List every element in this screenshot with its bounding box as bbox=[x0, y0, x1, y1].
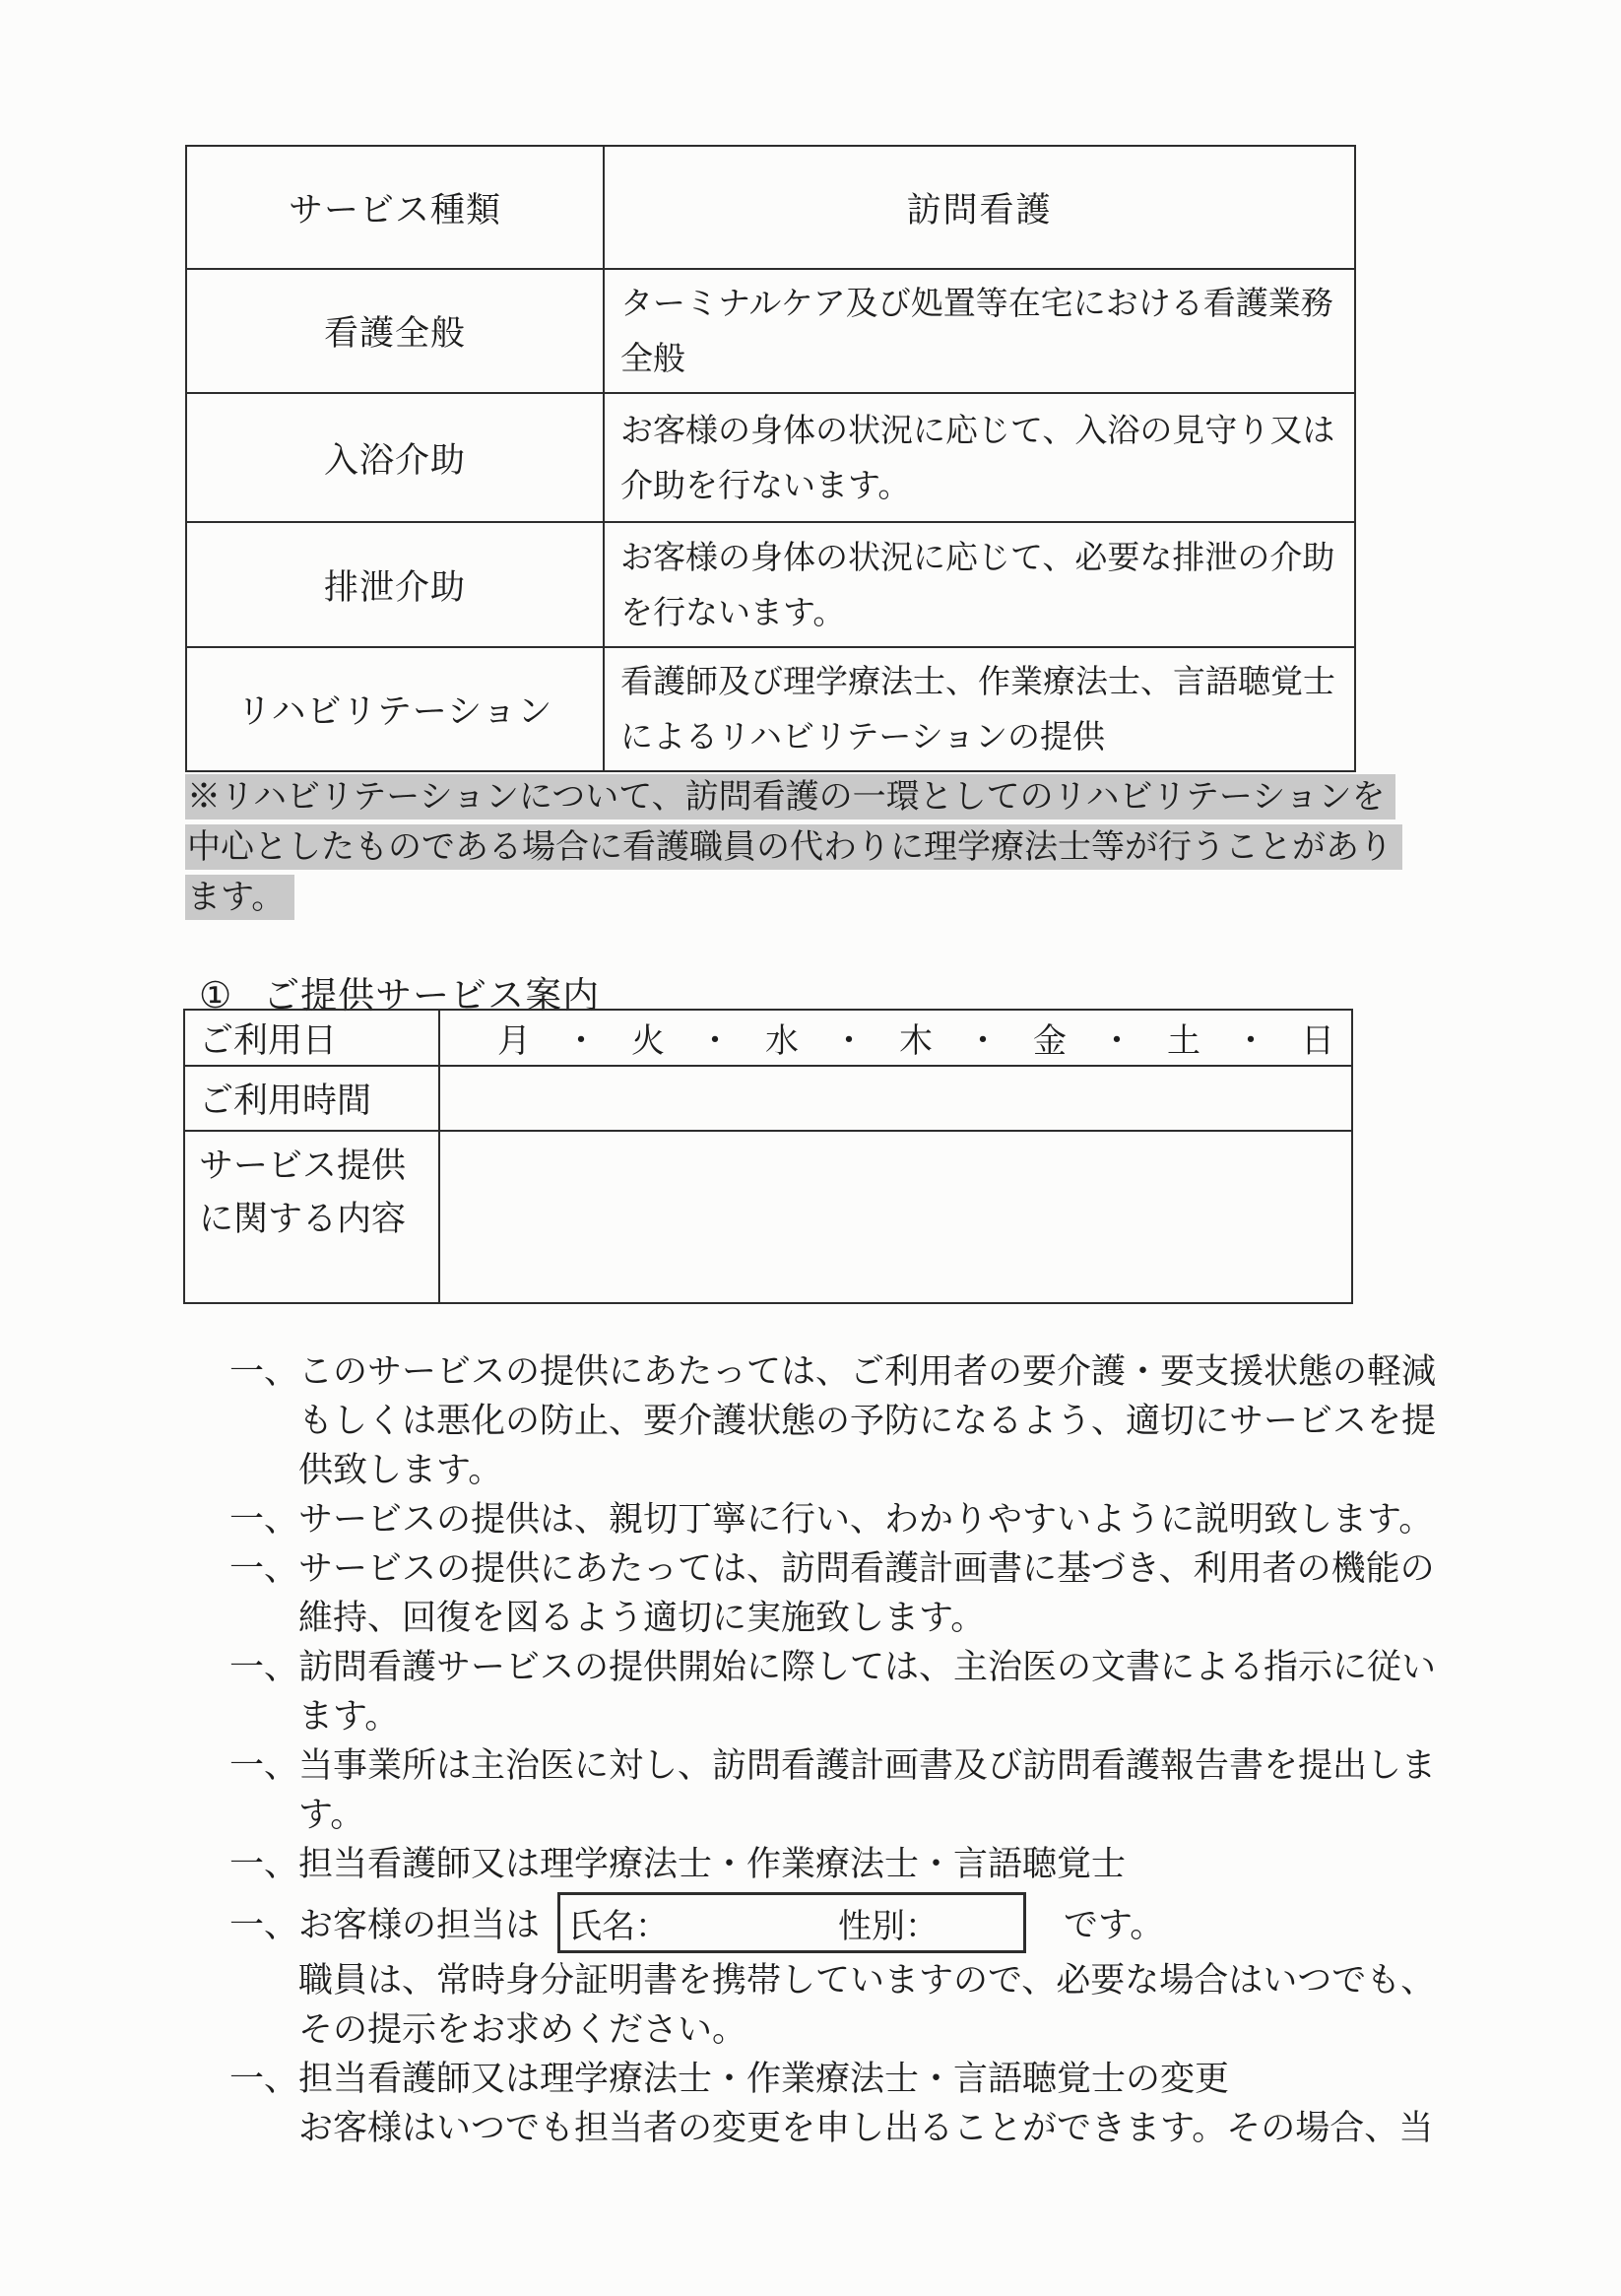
terms-line: 一、サービスの提供にあたっては、訪問看護計画書に基づき、利用者の機能の bbox=[229, 1544, 1436, 1594]
service-row-bathing: 入浴介助 お客様の身体の状況に応じて、入浴の見守り又は 介助を行ないます。 bbox=[186, 393, 1355, 522]
rehab-note-line: 中心としたものである場合に看護職員の代わりに理学療法士等が行うことがあり bbox=[185, 824, 1402, 870]
service-desc-cell: 看護師及び理学療法士、作業療法士、言語聴覚士 によるリハビリテーションの提供 bbox=[604, 647, 1355, 771]
sex-label: 性別： bbox=[838, 1899, 939, 1947]
service-content-label-line: サービス提供 bbox=[199, 1140, 437, 1193]
service-type-table: サービス種類 訪問看護 看護全般 ターミナルケア及び処置等在宅における看護業務 … bbox=[185, 145, 1356, 772]
service-desc-cell: お客様の身体の状況に応じて、入浴の見守り又は 介助を行ないます。 bbox=[604, 393, 1355, 522]
service-content-label-line: に関する内容 bbox=[199, 1193, 437, 1246]
service-desc-line: 全般 bbox=[620, 331, 1348, 386]
staff-line-prefix: 一、お客様の担当は bbox=[229, 1898, 540, 1947]
terms-line: 一、担当看護師又は理学療法士・作業療法士・言語聴覚士 bbox=[229, 1840, 1436, 1889]
staff-line-suffix: です。 bbox=[1064, 1898, 1164, 1947]
terms-list: 一、このサービスの提供にあたっては、ご利用者の要介護・要支援状態の軽減 もしくは… bbox=[229, 1347, 1436, 2153]
name-sex-box: 氏名： 性別： bbox=[557, 1892, 1026, 1953]
usage-day-row: ご利用日 月 ・ 火 ・ 水 ・ 木 ・ 金 ・ 土 ・ 日 bbox=[184, 1010, 1352, 1066]
rehab-note-line: ※リハビリテーションについて、訪問看護の一環としてのリハビリテーションを bbox=[185, 774, 1402, 820]
service-row-toileting: 排泄介助 お客様の身体の状況に応じて、必要な排泄の介助 を行ないます。 bbox=[186, 522, 1355, 647]
service-row-nursing: 看護全般 ターミナルケア及び処置等在宅における看護業務 全般 bbox=[186, 269, 1355, 393]
service-desc-line: によるリハビリテーションの提供 bbox=[620, 709, 1348, 764]
service-desc-line: お客様の身体の状況に応じて、入浴の見守り又は bbox=[620, 403, 1348, 458]
terms-line: ます。 bbox=[229, 1692, 1436, 1741]
usage-time-value bbox=[439, 1066, 1352, 1131]
terms-line: もしくは悪化の防止、要介護状態の予防になるよう、適切にサービスを提 bbox=[229, 1397, 1436, 1446]
terms-line: す。 bbox=[229, 1791, 1436, 1840]
terms-line: 一、このサービスの提供にあたっては、ご利用者の要介護・要支援状態の軽減 bbox=[229, 1347, 1436, 1397]
usage-day-label: ご利用日 bbox=[184, 1010, 439, 1066]
service-guide-table: ご利用日 月 ・ 火 ・ 水 ・ 木 ・ 金 ・ 土 ・ 日 ご利用時間 サービ… bbox=[183, 1009, 1353, 1304]
terms-line: 職員は、常時身分証明書を携帯していますので、必要な場合はいつでも、 bbox=[229, 1956, 1436, 2005]
usage-time-row: ご利用時間 bbox=[184, 1066, 1352, 1131]
terms-line: 一、訪問看護サービスの提供開始に際しては、主治医の文書による指示に従い bbox=[229, 1643, 1436, 1692]
service-desc-cell: お客様の身体の状況に応じて、必要な排泄の介助 を行ないます。 bbox=[604, 522, 1355, 647]
terms-line: その提示をお求めください。 bbox=[229, 2005, 1436, 2055]
service-content-value bbox=[439, 1131, 1352, 1303]
usage-day-value: 月 ・ 火 ・ 水 ・ 木 ・ 金 ・ 土 ・ 日 bbox=[439, 1010, 1352, 1066]
usage-time-label: ご利用時間 bbox=[184, 1066, 439, 1131]
service-desc-line: を行ないます。 bbox=[620, 585, 1348, 640]
service-type-cell: リハビリテーション bbox=[186, 647, 604, 771]
service-content-label: サービス提供 に関する内容 bbox=[184, 1131, 439, 1303]
service-type-header-cell: サービス種類 bbox=[186, 146, 604, 269]
service-row-rehabilitation: リハビリテーション 看護師及び理学療法士、作業療法士、言語聴覚士 によるリハビリ… bbox=[186, 647, 1355, 771]
service-desc-line: 介助を行ないます。 bbox=[620, 458, 1348, 513]
service-type-cell: 入浴介助 bbox=[186, 393, 604, 522]
terms-line: 一、担当看護師又は理学療法士・作業療法士・言語聴覚士の変更 bbox=[229, 2055, 1436, 2104]
service-content-row: サービス提供 に関する内容 bbox=[184, 1131, 1352, 1303]
terms-line: 維持、回復を図るよう適切に実施致します。 bbox=[229, 1594, 1436, 1643]
rehab-note-line: ます。 bbox=[185, 875, 1402, 920]
service-type-cell: 排泄介助 bbox=[186, 522, 604, 647]
terms-line: 供致します。 bbox=[229, 1446, 1436, 1495]
staff-assignment-line: 一、お客様の担当は 氏名： 性別： です。 bbox=[229, 1889, 1436, 1956]
terms-line: 一、当事業所は主治医に対し、訪問看護計画書及び訪問看護報告書を提出しま bbox=[229, 1741, 1436, 1791]
service-desc-line: 看護師及び理学療法士、作業療法士、言語聴覚士 bbox=[620, 654, 1348, 709]
service-table-header-row: サービス種類 訪問看護 bbox=[186, 146, 1355, 269]
service-desc-line: お客様の身体の状況に応じて、必要な排泄の介助 bbox=[620, 530, 1348, 585]
service-name-header-cell: 訪問看護 bbox=[604, 146, 1355, 269]
service-type-cell: 看護全般 bbox=[186, 269, 604, 393]
terms-line: お客様はいつでも担当者の変更を申し出ることができます。その場合、当 bbox=[229, 2104, 1436, 2153]
rehab-note: ※リハビリテーションについて、訪問看護の一環としてのリハビリテーションを 中心と… bbox=[185, 774, 1402, 925]
service-desc-line: ターミナルケア及び処置等在宅における看護業務 bbox=[620, 276, 1348, 331]
name-label: 氏名： bbox=[568, 1899, 669, 1947]
document-page: サービス種類 訪問看護 看護全般 ターミナルケア及び処置等在宅における看護業務 … bbox=[0, 0, 1621, 2296]
service-desc-cell: ターミナルケア及び処置等在宅における看護業務 全般 bbox=[604, 269, 1355, 393]
terms-line: 一、サービスの提供は、親切丁寧に行い、わかりやすいように説明致します。 bbox=[229, 1495, 1436, 1544]
